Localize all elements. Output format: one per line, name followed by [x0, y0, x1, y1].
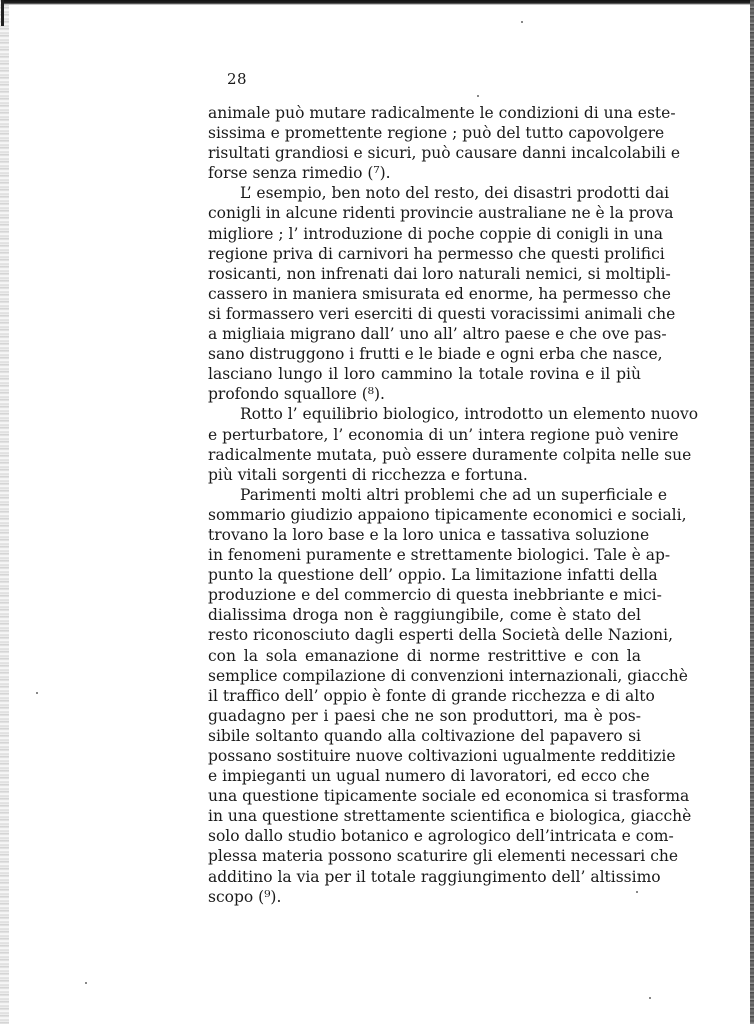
- text-line: plessa materia possono scaturire gli ele…: [208, 846, 641, 866]
- text-line: radicalmente mutata, può essere durament…: [208, 445, 641, 465]
- paragraph: L’ esempio, ben noto del resto, dei disa…: [208, 183, 641, 404]
- paragraph: Parimenti molti altri problemi che ad un…: [208, 485, 641, 907]
- text-line: produzione e del commercio di questa ine…: [208, 585, 641, 605]
- scan-speck: [521, 21, 523, 23]
- text-line: guadagno per i paesi che ne son produtto…: [208, 706, 641, 726]
- text-line: additino la via per il totale raggiungim…: [208, 867, 641, 887]
- scan-speck: [85, 982, 87, 984]
- scan-right-edge: [750, 0, 754, 1024]
- text-line: più vitali sorgenti di ricchezza e fortu…: [208, 465, 641, 485]
- text-line: sano distruggono i frutti e le biade e o…: [208, 344, 641, 364]
- text-line: si formassero veri eserciti di questi vo…: [208, 304, 641, 324]
- text-line: resto riconosciuto dagli esperti della S…: [208, 625, 641, 645]
- paragraph: Rotto l’ equilibrio biologico, introdott…: [208, 404, 641, 484]
- scan-speck: [477, 95, 479, 97]
- page-number: 28: [227, 70, 247, 88]
- text-line: cassero in maniera smisurata ed enorme, …: [208, 284, 641, 304]
- text-line: punto la questione dell’ oppio. La limit…: [208, 565, 641, 585]
- paragraph: animale può mutare radicalmente le condi…: [208, 103, 641, 183]
- text-line: sommario giudizio appaiono tipicamente e…: [208, 505, 641, 525]
- text-line: a migliaia migrano dall’ uno all’ altro …: [208, 324, 641, 344]
- text-line: forse senza rimedio (⁷).: [208, 163, 641, 183]
- text-line: regione priva di carnivori ha permesso c…: [208, 244, 641, 264]
- text-line: solo dallo studio botanico e agrologico …: [208, 826, 641, 846]
- text-line: sissima e promettente regione ; può del …: [208, 123, 641, 143]
- text-line: profondo squallore (⁸).: [208, 384, 641, 404]
- text-line: Parimenti molti altri problemi che ad un…: [208, 485, 641, 505]
- text-line: una questione tipicamente sociale ed eco…: [208, 786, 641, 806]
- scan-left-edge: [0, 0, 9, 1024]
- text-line: semplice compilazione di convenzioni int…: [208, 666, 641, 686]
- text-line: trovano la loro base e la loro unica e t…: [208, 525, 641, 545]
- text-line: con la sola emanazione di norme restritt…: [208, 646, 641, 666]
- scan-speck: [636, 891, 638, 893]
- text-line: migliore ; l’ introduzione di poche copp…: [208, 224, 641, 244]
- text-line: conigli in alcune ridenti provincie aust…: [208, 203, 641, 223]
- text-line: dialissima droga non è raggiungibile, co…: [208, 605, 641, 625]
- text-line: il traffico dell’ oppio è fonte di grand…: [208, 686, 641, 706]
- text-line: in fenomeni puramente e strettamente bio…: [208, 545, 641, 565]
- text-line: L’ esempio, ben noto del resto, dei disa…: [208, 183, 641, 203]
- text-line: scopo (⁹).: [208, 887, 641, 907]
- scan-top-edge: [2, 0, 754, 5]
- text-line: risultati grandiosi e sicuri, può causar…: [208, 143, 641, 163]
- scan-corner-mark: [1, 0, 4, 26]
- text-line: possano sostituire nuove coltivazioni ug…: [208, 746, 641, 766]
- text-line: sibile soltanto quando alla coltivazione…: [208, 726, 641, 746]
- scan-speck: [36, 692, 38, 694]
- text-line: lasciano lungo il loro cammino la totale…: [208, 364, 641, 384]
- scan-speck: [649, 997, 651, 999]
- text-line: Rotto l’ equilibrio biologico, introdott…: [208, 404, 641, 424]
- text-line: e perturbatore, l’ economia di un’ inter…: [208, 425, 641, 445]
- text-line: animale può mutare radicalmente le condi…: [208, 103, 641, 123]
- text-line: rosicanti, non infrenati dai loro natura…: [208, 264, 641, 284]
- text-line: in una questione strettamente scientific…: [208, 806, 641, 826]
- page-body: animale può mutare radicalmente le condi…: [208, 103, 641, 907]
- text-line: e impieganti un ugual numero di lavorato…: [208, 766, 641, 786]
